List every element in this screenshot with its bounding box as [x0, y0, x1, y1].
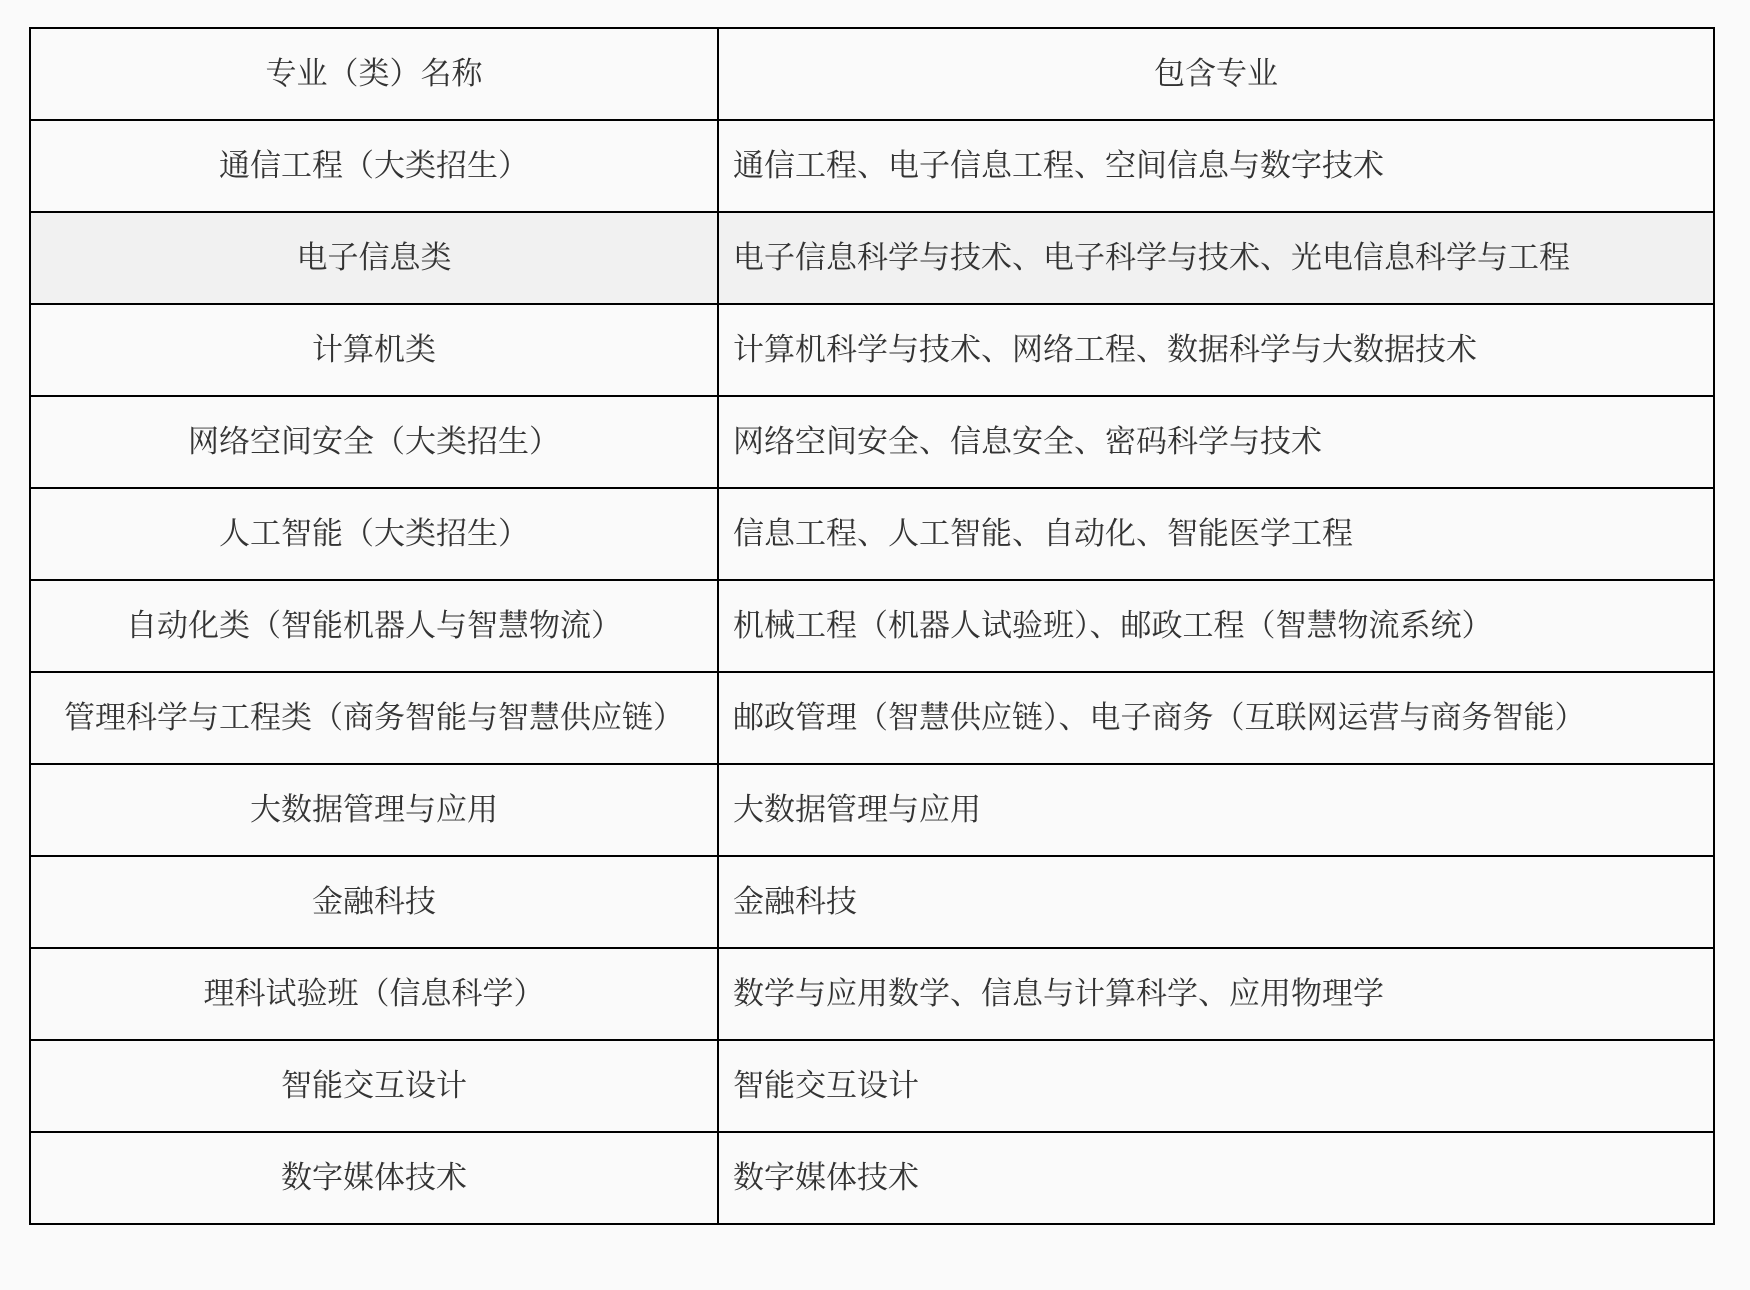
- major-name-cell: 智能交互设计: [30, 1040, 718, 1132]
- major-name-cell: 人工智能（大类招生）: [30, 488, 718, 580]
- table-row: 数字媒体技术 数字媒体技术: [30, 1132, 1714, 1224]
- included-majors-cell: 机械工程（机器人试验班）、邮政工程（智慧物流系统）: [718, 580, 1714, 672]
- included-majors-cell: 数学与应用数学、信息与计算科学、应用物理学: [718, 948, 1714, 1040]
- included-majors-cell: 数字媒体技术: [718, 1132, 1714, 1224]
- major-name-cell: 电子信息类: [30, 212, 718, 304]
- table-row: 网络空间安全（大类招生） 网络空间安全、信息安全、密码科学与技术: [30, 396, 1714, 488]
- header-major-name: 专业（类）名称: [30, 28, 718, 120]
- included-majors-cell: 通信工程、电子信息工程、空间信息与数字技术: [718, 120, 1714, 212]
- major-name-cell: 通信工程（大类招生）: [30, 120, 718, 212]
- table-row: 金融科技 金融科技: [30, 856, 1714, 948]
- included-majors-cell: 网络空间安全、信息安全、密码科学与技术: [718, 396, 1714, 488]
- table-row: 人工智能（大类招生） 信息工程、人工智能、自动化、智能医学工程: [30, 488, 1714, 580]
- major-name-cell: 计算机类: [30, 304, 718, 396]
- included-majors-cell: 大数据管理与应用: [718, 764, 1714, 856]
- major-name-cell: 理科试验班（信息科学）: [30, 948, 718, 1040]
- table-row: 计算机类 计算机科学与技术、网络工程、数据科学与大数据技术: [30, 304, 1714, 396]
- included-majors-cell: 邮政管理（智慧供应链）、电子商务（互联网运营与商务智能）: [718, 672, 1714, 764]
- included-majors-cell: 金融科技: [718, 856, 1714, 948]
- included-majors-cell: 电子信息科学与技术、电子科学与技术、光电信息科学与工程: [718, 212, 1714, 304]
- major-name-cell: 金融科技: [30, 856, 718, 948]
- major-name-cell: 大数据管理与应用: [30, 764, 718, 856]
- major-name-cell: 网络空间安全（大类招生）: [30, 396, 718, 488]
- table-row: 自动化类（智能机器人与智慧物流） 机械工程（机器人试验班）、邮政工程（智慧物流系…: [30, 580, 1714, 672]
- major-name-cell: 自动化类（智能机器人与智慧物流）: [30, 580, 718, 672]
- table-row: 通信工程（大类招生） 通信工程、电子信息工程、空间信息与数字技术: [30, 120, 1714, 212]
- table-row: 大数据管理与应用 大数据管理与应用: [30, 764, 1714, 856]
- table-row: 管理科学与工程类（商务智能与智慧供应链） 邮政管理（智慧供应链）、电子商务（互联…: [30, 672, 1714, 764]
- major-name-cell: 数字媒体技术: [30, 1132, 718, 1224]
- majors-table: 专业（类）名称 包含专业 通信工程（大类招生） 通信工程、电子信息工程、空间信息…: [29, 27, 1715, 1225]
- table-row: 智能交互设计 智能交互设计: [30, 1040, 1714, 1132]
- major-name-cell: 管理科学与工程类（商务智能与智慧供应链）: [30, 672, 718, 764]
- included-majors-cell: 信息工程、人工智能、自动化、智能医学工程: [718, 488, 1714, 580]
- table-row: 理科试验班（信息科学） 数学与应用数学、信息与计算科学、应用物理学: [30, 948, 1714, 1040]
- table-row: 电子信息类 电子信息科学与技术、电子科学与技术、光电信息科学与工程: [30, 212, 1714, 304]
- table-header-row: 专业（类）名称 包含专业: [30, 28, 1714, 120]
- table-body: 通信工程（大类招生） 通信工程、电子信息工程、空间信息与数字技术 电子信息类 电…: [30, 120, 1714, 1224]
- included-majors-cell: 智能交互设计: [718, 1040, 1714, 1132]
- header-included-majors: 包含专业: [718, 28, 1714, 120]
- included-majors-cell: 计算机科学与技术、网络工程、数据科学与大数据技术: [718, 304, 1714, 396]
